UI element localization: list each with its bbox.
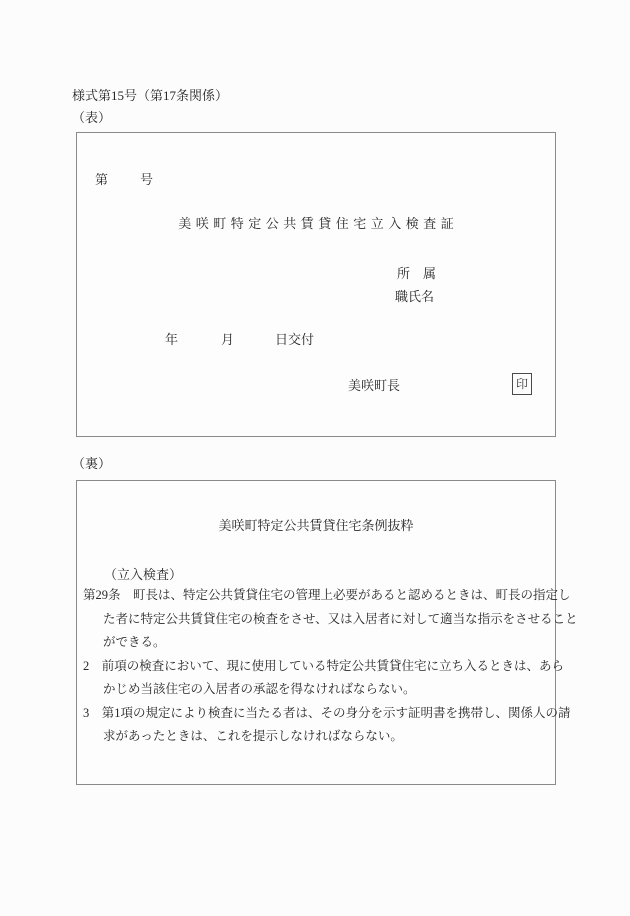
serial-suffix: 号 [140, 172, 153, 187]
paragraph-3-line-1: 3 第1項の規定により検査に当たる者は、その身分を示す証明書を携帯し、関係人の請 [83, 702, 557, 726]
paragraph-2-line-1: 2 前項の検査において、現に使用している特定公共賃貸住宅に立ち入るときは、あら [83, 655, 557, 679]
form-number: 様式第15号（第17条関係） [72, 85, 228, 104]
seal-mark: 印 [512, 373, 532, 395]
document-page: 様式第15号（第17条関係） （表） 第号 美咲町特定公共賃貸住宅立入検査証 所… [0, 0, 630, 916]
certificate-title: 美咲町特定公共賃貸住宅立入検査証 [77, 213, 555, 232]
date-issued-label: 日交付 [275, 332, 314, 347]
article-text: 第29条 町長は、特定公共賃貸住宅の管理上必要があると認めるときは、町長の指定し… [77, 584, 557, 749]
back-side-label: （裏） [72, 453, 111, 472]
affiliation-label: 所 属 [397, 263, 436, 282]
serial-prefix: 第 [95, 172, 108, 187]
article-29-line-1: 第29条 町長は、特定公共賃貸住宅の管理上必要があると認めるときは、町長の指定し [83, 584, 557, 608]
serial-number-line: 第号 [95, 169, 153, 188]
article-29-line-3: ができる。 [103, 631, 557, 655]
date-month-label: 月 [221, 332, 234, 347]
front-certificate-box: 第号 美咲町特定公共賃貸住宅立入検査証 所 属 職氏名 年月日交付 美咲町長 印 [76, 132, 556, 437]
position-name-label: 職氏名 [395, 286, 434, 305]
issue-date-line: 年月日交付 [165, 329, 314, 348]
paragraph-2-line-2: かじめ当該住宅の入居者の承認を得なければならない。 [103, 678, 557, 702]
paragraph-3-line-2: 求があったときは、これを提示しなければならない。 [103, 725, 557, 749]
date-year-label: 年 [165, 332, 178, 347]
mayor-label: 美咲町長 [348, 375, 400, 394]
back-excerpt-box: 美咲町特定公共賃貸住宅条例抜粋 （立入検査） 第29条 町長は、特定公共賃貸住宅… [76, 480, 556, 785]
excerpt-title: 美咲町特定公共賃貸住宅条例抜粋 [77, 515, 555, 534]
front-side-label: （表） [72, 107, 111, 126]
section-heading: （立入検査） [104, 564, 182, 583]
article-29-line-2: た者に特定公共賃貸住宅の検査をさせ、又は入居者に対して適当な指示をさせること [103, 608, 557, 632]
